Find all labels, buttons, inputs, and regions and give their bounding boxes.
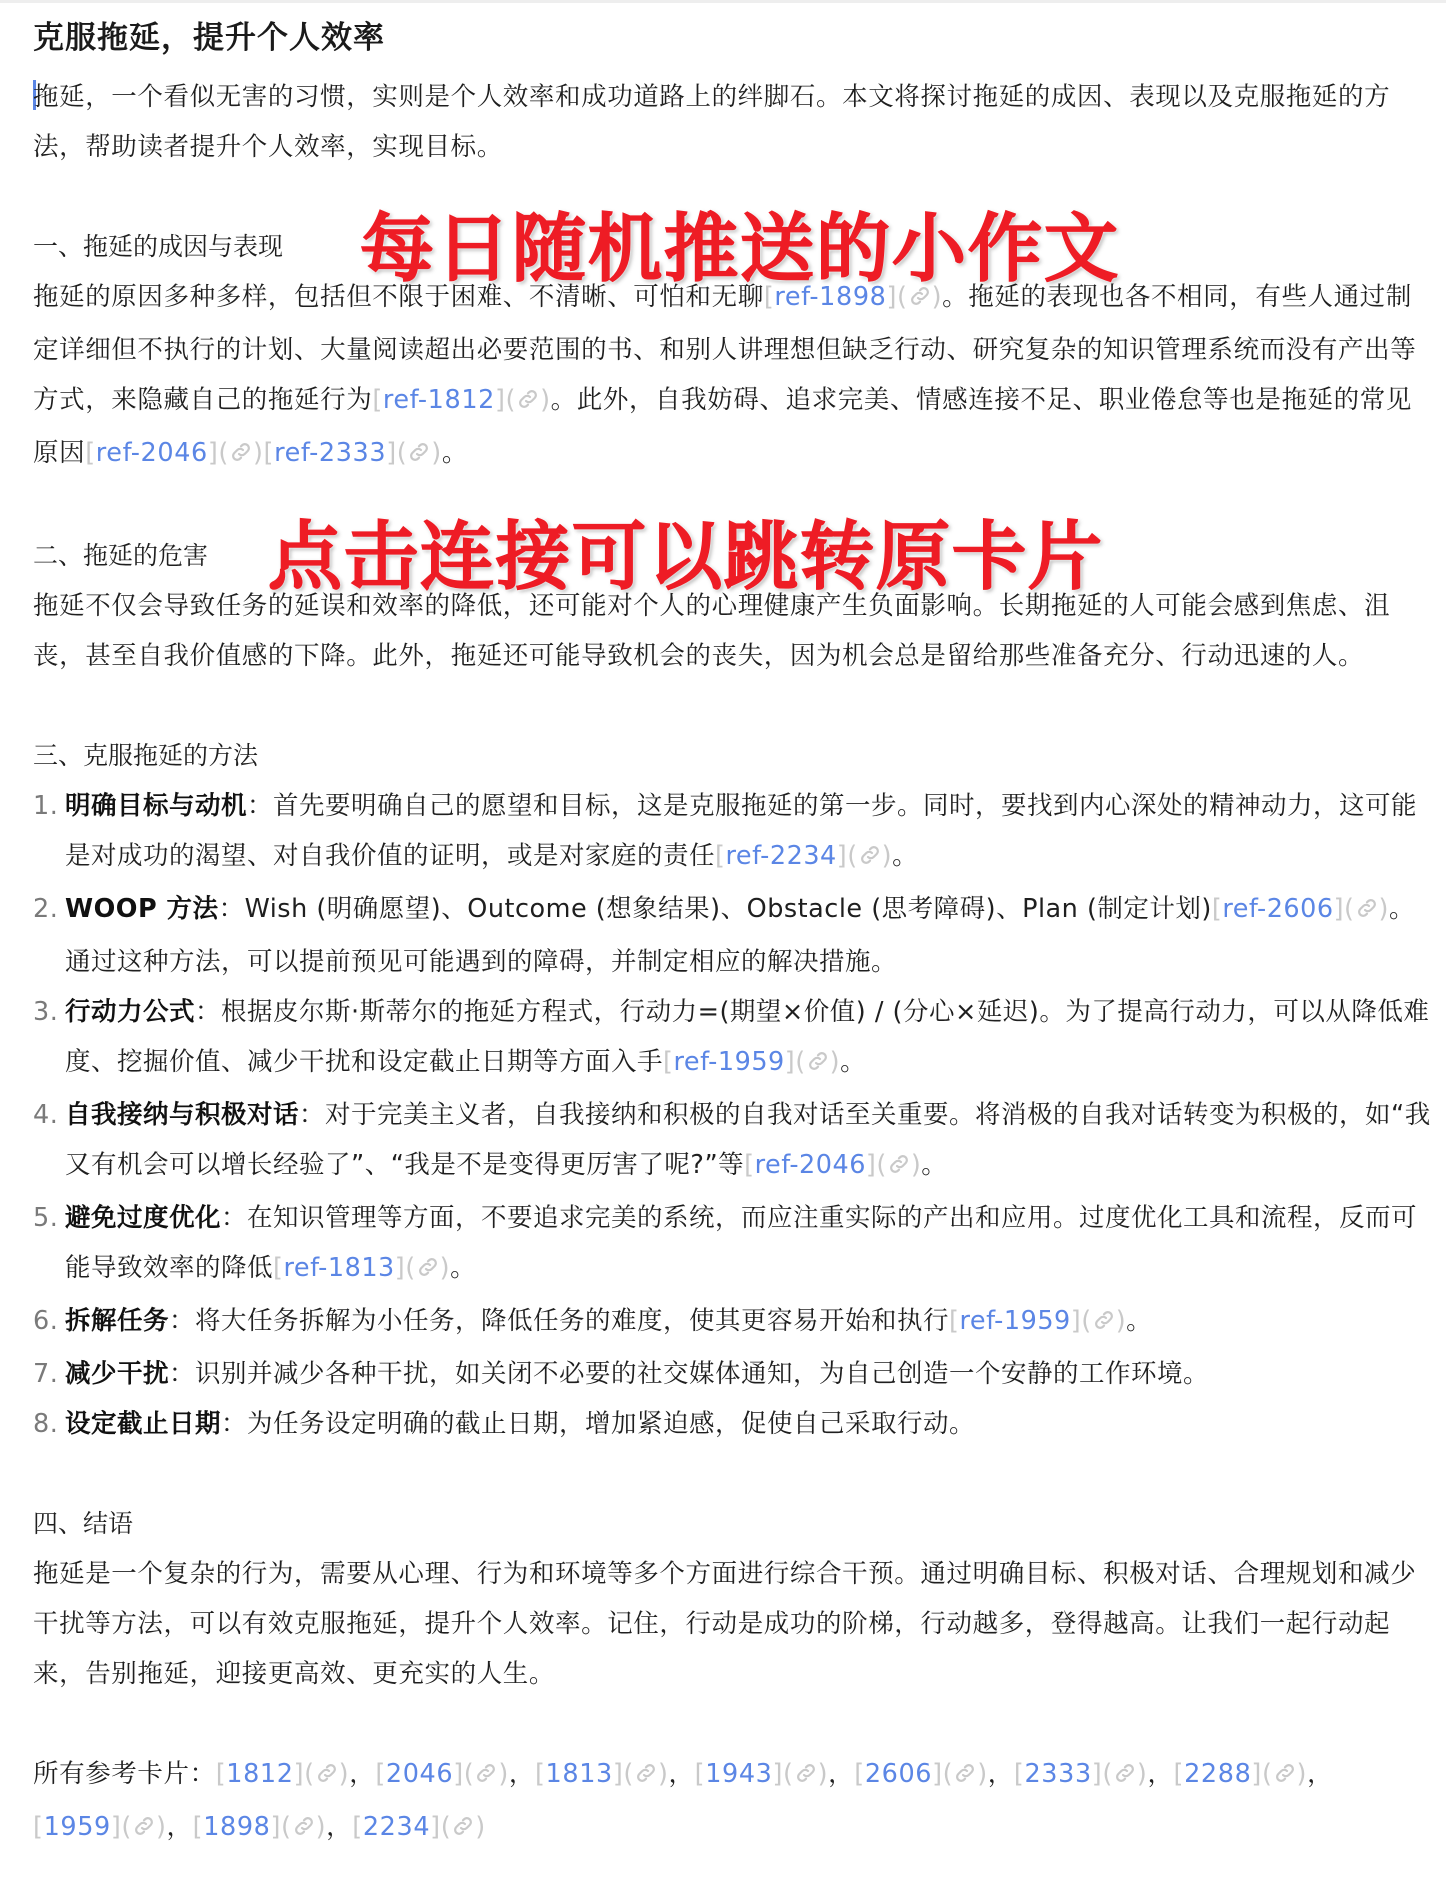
link-icon[interactable] [953,1752,977,1802]
ref-label[interactable]: 1943 [705,1759,772,1789]
ref-link[interactable]: [2606]() [854,1759,988,1789]
ref-label[interactable]: 2606 [865,1759,932,1789]
ref-label[interactable]: ref-1813 [283,1253,394,1283]
ref-link[interactable]: [ref-2234]() [715,841,892,871]
method-text: ：为任务设定明确的截止日期，增加紧迫感，促使自己采取行动。 [221,1409,975,1439]
link-icon[interactable] [1355,887,1379,937]
list-number: 2. [33,884,58,934]
ref-label[interactable]: ref-1959 [959,1306,1070,1336]
separator: ， [167,1812,193,1842]
list-number: 8. [33,1399,58,1449]
ref-label[interactable]: ref-1812 [383,385,495,415]
ref-label[interactable]: ref-2046 [96,438,208,468]
all-reference-cards: 所有参考卡片：[1812]()，[2046]()，[1813]()，[1943]… [33,1749,1433,1855]
list-number: 5. [33,1193,58,1243]
ref-label[interactable]: ref-2333 [274,438,386,468]
list-number: 6. [33,1296,58,1346]
separator: ， [1147,1759,1173,1789]
method-tail: 。 [892,841,918,871]
list-number: 1. [33,781,58,831]
method-item: 3.行动力公式：根据皮尔斯·斯蒂尔的拖延方程式，行动力=(期望×价值) / (分… [33,987,1433,1090]
list-number: 3. [33,987,58,1037]
method-item: 6.拆解任务：将大任务拆解为小任务，降低任务的难度，使其更容易开始和执行[ref… [33,1296,1433,1349]
method-tail: 。 [1126,1306,1152,1336]
section-4-heading: 四、结语 [33,1499,1433,1549]
method-tail: 。 [840,1047,866,1077]
method-tail: 。 [450,1253,476,1283]
method-text: ：识别并减少各种干扰，如关闭不必要的社交媒体通知，为自己创造一个安静的工作环境。 [169,1359,1209,1389]
method-title: 避免过度优化 [65,1203,221,1233]
references-label: 所有参考卡片： [33,1759,216,1789]
body-text: 。 [442,438,468,468]
method-title: 减少干扰 [65,1359,169,1389]
method-title: 设定截止日期 [65,1409,221,1439]
ref-link[interactable]: [2333]() [1014,1759,1148,1789]
separator: ， [326,1812,352,1842]
ref-label[interactable]: ref-2046 [755,1150,866,1180]
separator: ， [669,1759,695,1789]
ref-label[interactable]: 2288 [1184,1759,1251,1789]
ref-label[interactable]: 2234 [363,1812,430,1842]
ref-link[interactable]: [ref-1812]() [372,385,550,415]
method-item: 2.WOOP 方法：Wish (明确愿望)、Outcome (想象结果)、Obs… [33,884,1433,987]
ref-link[interactable]: [1959]() [33,1812,167,1842]
link-icon[interactable] [794,1752,818,1802]
link-icon[interactable] [132,1805,156,1855]
ref-link[interactable]: [1812]() [216,1759,350,1789]
method-title: 明确目标与动机 [65,791,247,821]
ref-link[interactable]: [2046]() [375,1759,509,1789]
ref-label[interactable]: 2046 [386,1759,453,1789]
ref-label[interactable]: 2333 [1024,1759,1091,1789]
link-icon[interactable] [407,431,431,481]
annotation-click-link: 点击连接可以跳转原卡片 [268,498,1104,604]
page-title: 克服拖延，提升个人效率 [33,14,1433,62]
annotation-daily-essay: 每日随机推送的小作文 [360,190,1120,296]
separator: ， [1307,1759,1333,1789]
method-item: 7.减少干扰：识别并减少各种干扰，如关闭不必要的社交媒体通知，为自己创造一个安静… [33,1349,1433,1399]
section-4-body: 拖延是一个复杂的行为，需要从心理、行为和环境等多个方面进行综合干预。通过明确目标… [33,1549,1433,1699]
link-icon[interactable] [292,1805,316,1855]
intro-text: 拖延，一个看似无害的习惯，实则是个人效率和成功道路上的绊脚石。本文将探讨拖延的成… [33,82,1390,162]
list-number: 4. [33,1090,58,1140]
ref-label[interactable]: ref-2606 [1222,894,1333,924]
method-title: 自我接纳与积极对话 [65,1100,299,1130]
ref-label[interactable]: ref-2234 [725,841,836,871]
ref-label[interactable]: 1959 [44,1812,111,1842]
link-icon[interactable] [416,1246,440,1296]
spacer [33,1699,1433,1749]
method-item: 1.明确目标与动机：首先要明确自己的愿望和目标，这是克服拖延的第一步。同时，要找… [33,781,1433,884]
link-icon[interactable] [1092,1299,1116,1349]
spacer [33,681,1433,731]
ref-label[interactable]: ref-1959 [673,1047,784,1077]
list-number: 7. [33,1349,58,1399]
link-icon[interactable] [887,1143,911,1193]
section-1-body: 拖延的原因多种多样，包括但不限于困难、不清晰、可怕和无聊[ref-1898]()… [33,272,1433,481]
link-icon[interactable] [634,1752,658,1802]
ref-link[interactable]: [ref-2606]() [1212,894,1389,924]
method-item: 8.设定截止日期：为任务设定明确的截止日期，增加紧迫感，促使自己采取行动。 [33,1399,1433,1449]
methods-list: 1.明确目标与动机：首先要明确自己的愿望和目标，这是克服拖延的第一步。同时，要找… [33,781,1433,1449]
method-title: 行动力公式 [65,997,195,1027]
ref-link[interactable]: [ref-1959]() [949,1306,1126,1336]
method-tail: 。 [921,1150,947,1180]
ref-label[interactable]: 1813 [546,1759,613,1789]
spacer [33,1449,1433,1499]
link-icon[interactable] [806,1040,830,1090]
separator: ， [828,1759,854,1789]
separator: ， [349,1759,375,1789]
link-icon[interactable] [858,834,882,884]
link-icon[interactable] [1273,1752,1297,1802]
separator: ， [509,1759,535,1789]
method-item: 5.避免过度优化：在知识管理等方面，不要追求完美的系统，而应注重实际的产出和应用… [33,1193,1433,1296]
method-item: 4.自我接纳与积极对话：对于完美主义者，自我接纳和积极的自我对话至关重要。将消极… [33,1090,1433,1193]
ref-link[interactable]: [ref-1959]() [663,1047,840,1077]
ref-link[interactable]: [ref-2046]() [744,1150,921,1180]
ref-link[interactable]: [1943]() [695,1759,829,1789]
link-icon[interactable] [1113,1752,1137,1802]
intro-paragraph[interactable]: 拖延，一个看似无害的习惯，实则是个人效率和成功道路上的绊脚石。本文将探讨拖延的成… [33,72,1433,172]
ref-link[interactable]: [ref-2046]() [85,438,263,468]
ref-link[interactable]: [ref-1813]() [273,1253,450,1283]
link-icon[interactable] [516,378,540,428]
link-icon[interactable] [229,431,253,481]
ref-link[interactable]: [2288]() [1174,1759,1308,1789]
ref-label[interactable]: 1898 [203,1812,270,1842]
method-text: ：在知识管理等方面，不要追求完美的系统，而应注重实际的产出和应用。过度优化工具和… [65,1203,1417,1283]
ref-link[interactable]: [1898]() [193,1812,327,1842]
method-title: 拆解任务 [65,1306,169,1336]
link-icon[interactable] [451,1805,475,1855]
top-divider [0,0,1446,3]
method-text: ：将大任务拆解为小任务，降低任务的难度，使其更容易开始和执行 [169,1306,949,1336]
separator: ， [988,1759,1014,1789]
method-title: WOOP 方法 [65,894,219,924]
ref-link[interactable]: [2234]() [352,1812,486,1842]
ref-link[interactable]: [1813]() [535,1759,669,1789]
section-3-heading: 三、克服拖延的方法 [33,731,1433,781]
ref-link[interactable]: [ref-2333]() [264,438,442,468]
ref-label[interactable]: 1812 [226,1759,293,1789]
method-text: ：Wish (明确愿望)、Outcome (想象结果)、Obstacle (思考… [219,894,1212,924]
link-icon[interactable] [474,1752,498,1802]
link-icon[interactable] [315,1752,339,1802]
